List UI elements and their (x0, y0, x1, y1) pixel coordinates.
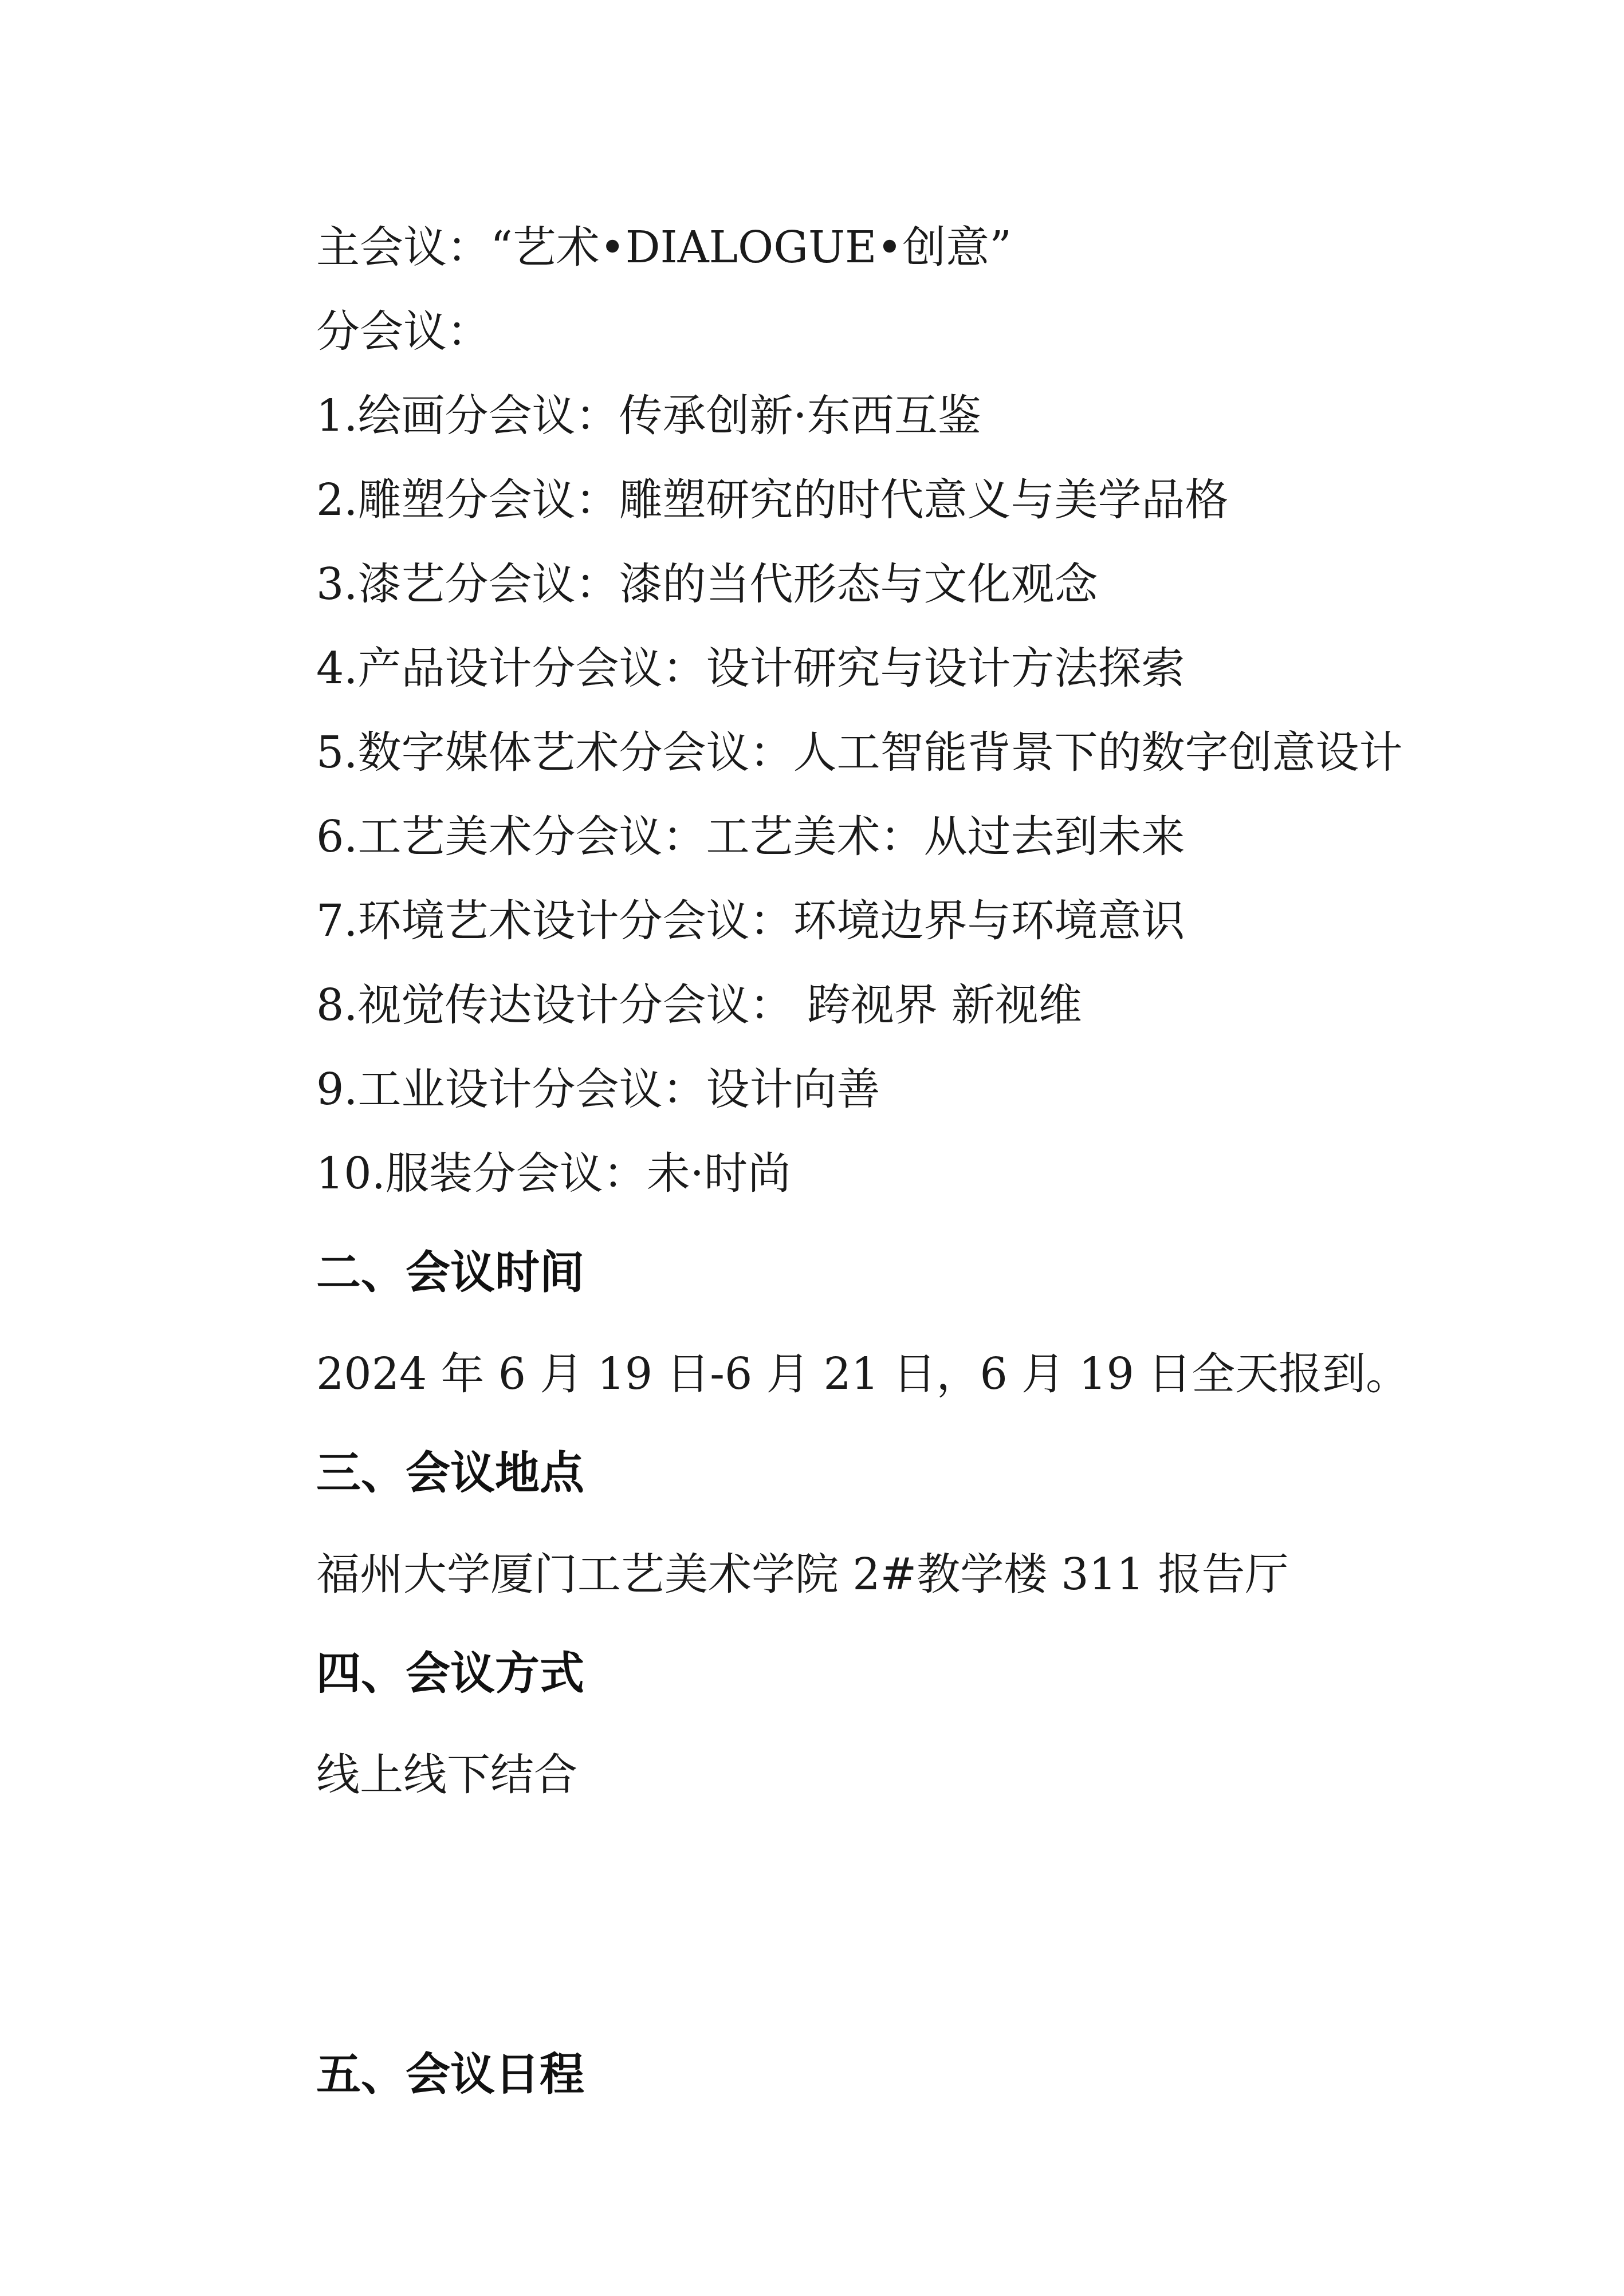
section-heading-meeting-schedule: 五、会议日程 (316, 2033, 1452, 2117)
document-content: 主会议：“艺术•DIALOGUE•创意” 分会议： 1.绘画分会议：传承创新·东… (0, 0, 1624, 2117)
sub-conference-item-industrial-design: 9.工业设计分会议：设计向善 (316, 1047, 1452, 1131)
section-body-meeting-location: 福州大学厦门工艺美术学院 2#教学楼 311 报告厅 (316, 1532, 1452, 1616)
sub-conference-item-lacquer: 3.漆艺分会议：漆的当代形态与文化观念 (316, 542, 1452, 626)
sub-conference-item-arts-crafts: 6.工艺美术分会议：工艺美术：从过去到未来 (316, 794, 1452, 879)
sub-conference-item-digital-media: 5.数字媒体艺术分会议：人工智能背景下的数字创意设计 (316, 710, 1452, 794)
sub-conference-item-product-design: 4.产品设计分会议：设计研究与设计方法探索 (316, 626, 1452, 710)
section-heading-meeting-format: 四、会议方式 (316, 1632, 1452, 1716)
section-heading-meeting-time: 二、会议时间 (316, 1231, 1452, 1316)
sub-conference-item-environment-art: 7.环境艺术设计分会议：环境边界与环境意识 (316, 879, 1452, 963)
page-break-gap (316, 1817, 1452, 2017)
sub-conference-label: 分会议： (316, 289, 1452, 373)
sub-conference-item-fashion: 10.服装分会议：未·时尚 (316, 1131, 1452, 1215)
section-body-meeting-format: 线上线下结合 (316, 1732, 1452, 1817)
document-page: 主会议：“艺术•DIALOGUE•创意” 分会议： 1.绘画分会议：传承创新·东… (0, 0, 1624, 2296)
sub-conference-item-visual-communication: 8.视觉传达设计分会议： 跨视界 新视维 (316, 963, 1452, 1047)
sub-conference-item-sculpture: 2.雕塑分会议：雕塑研究的时代意义与美学品格 (316, 458, 1452, 542)
section-body-meeting-time: 2024 年 6 月 19 日-6 月 21 日，6 月 19 日全天报到。 (316, 1332, 1452, 1416)
sub-conference-item-painting: 1.绘画分会议：传承创新·东西互鉴 (316, 373, 1452, 458)
section-heading-meeting-location: 三、会议地点 (316, 1432, 1452, 1516)
main-conference-title: 主会议：“艺术•DIALOGUE•创意” (316, 205, 1452, 289)
